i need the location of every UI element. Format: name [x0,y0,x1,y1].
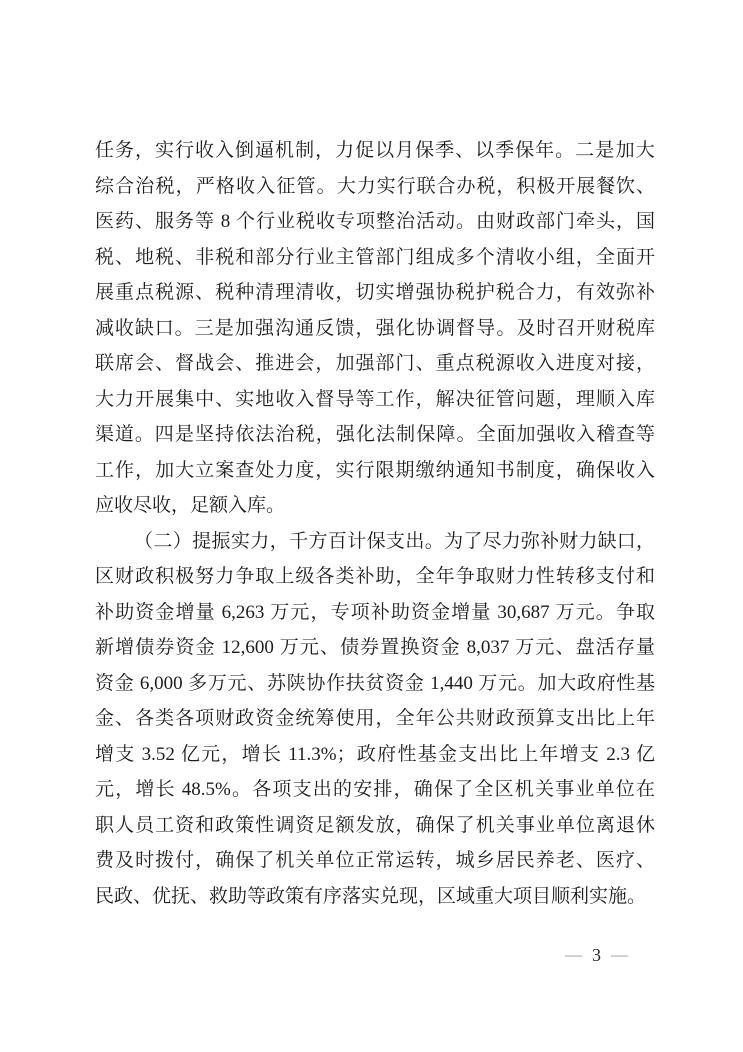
text-line: 金、各类各项财政资金统筹使用，全年公共财政预算支出比上年 [95,701,655,737]
text-line: 民政、优抚、救助等政策有序落实兑现，区域重大项目顺利实施。 [95,879,655,915]
text-line: 区财政积极努力争取上级各类补助，全年争取财力性转移支付和 [95,559,655,595]
text-line: 大力开展集中、实地收入督导等工作，解决征管问题，理顺入库 [95,382,655,418]
text-line: 联席会、督战会、推进会，加强部门、重点税源收入进度对接， [95,346,655,382]
document-page: 任务，实行收入倒逼机制，力促以月保季、以季保年。二是加大 综合治税，严格收入征管… [0,0,743,1052]
text-line: 医药、服务等 8 个行业税收专项整治活动。由财政部门牵头，国 [95,204,655,240]
text-line: 元，增长 48.5%。各项支出的安排，确保了全区机关事业单位在 [95,772,655,808]
text-segment-emphasis: 四是坚持依法治税，强化法制保障。 [155,424,477,445]
text-segment: 元，增长 48.5%。各项支出的安排，确保了全区机关事业单位在 [95,779,655,800]
text-segment: 医药、服务等 8 个行业税收专项整治活动。由财政部门牵头，国 [95,211,655,232]
text-segment: 金、各类各项财政资金统筹使用，全年公共财政预算支出比上年 [95,708,655,729]
text-segment: 新增债券资金 12,600 万元、债券置换资金 8,037 万元、盘活存量 [95,637,655,658]
text-line: 补助资金增量 6,263 万元，专项补助资金增量 30,687 万元。争取 [95,595,655,631]
text-segment-emphasis: 综合治税，严格收入征管。 [95,176,337,197]
text-segment: 渠道。 [95,424,155,445]
page-number: —3— [565,944,628,966]
page-number-value: 3 [592,944,601,966]
text-line: 任务，实行收入倒逼机制，力促以月保季、以季保年。二是加大 [95,133,655,169]
text-segment: 减收缺口。 [95,318,195,339]
page-number-dash-right: — [611,944,628,966]
text-line: 资金 6,000 多万元、苏陕协作扶贫资金 1,440 万元。加大政府性基 [95,666,655,702]
text-segment: 展重点税源、税种清理清收，切实增强协税护税合力，有效弥补 [95,282,655,303]
text-line: 工作，加大立案查处力度，实行限期缴纳通知书制度，确保收入 [95,453,655,489]
text-segment-emphasis: 二是加大 [575,140,655,161]
page-number-dash-left: — [565,944,582,966]
text-segment: 民政、优抚、救助等政策有序落实兑现，区域重大项目顺利实施。 [95,886,646,907]
text-line: 展重点税源、税种清理清收，切实增强协税护税合力，有效弥补 [95,275,655,311]
text-line: 新增债券资金 12,600 万元、债券置换资金 8,037 万元、盘活存量 [95,630,655,666]
text-segment: 应收尽收，足额入库。 [95,495,285,516]
text-segment: 大力实行联合办税，积极开展餐饮、 [337,176,655,197]
text-line-section-heading: （二）提振实力，千方百计保支出。为了尽力弥补财力缺口， [95,524,655,560]
text-segment: 为了尽力弥补财力缺口， [444,531,655,552]
text-segment-emphasis: 三是加强沟通反馈，强化协调督导。 [195,318,517,339]
text-line: 增支 3.52 亿元，增长 11.3%；政府性基金支出比上年增支 2.3 亿 [95,737,655,773]
text-segment: 费及时拨付，确保了机关单位正常运转，城乡居民养老、医疗、 [95,850,655,871]
text-segment: 大力开展集中、实地收入督导等工作，解决征管问题，理顺入库 [95,389,655,410]
text-segment: 增支 3.52 亿元，增长 11.3%；政府性基金支出比上年增支 2.3 亿 [95,744,655,765]
text-segment: 税、地税、非税和部分行业主管部门组成多个清收小组，全面开 [95,247,655,268]
text-segment: 全面加强收入稽查等 [477,424,655,445]
text-line: 职人员工资和政策性调资足额发放，确保了机关事业单位离退休 [95,808,655,844]
text-segment: 补助资金增量 6,263 万元，专项补助资金增量 30,687 万元。争取 [95,602,655,623]
text-segment: 任务，实行收入倒逼机制，力促以月保季、以季保年。 [95,140,575,161]
text-line: 减收缺口。三是加强沟通反馈，强化协调督导。及时召开财税库 [95,311,655,347]
text-segment: 及时召开财税库 [516,318,655,339]
text-line: 综合治税，严格收入征管。大力实行联合办税，积极开展餐饮、 [95,169,655,205]
text-segment: 联席会、督战会、推进会，加强部门、重点税源收入进度对接， [95,353,655,374]
text-line: 应收尽收，足额入库。 [95,488,655,524]
text-line: 费及时拨付，确保了机关单位正常运转，城乡居民养老、医疗、 [95,843,655,879]
text-line: 渠道。四是坚持依法治税，强化法制保障。全面加强收入稽查等 [95,417,655,453]
text-segment: 职人员工资和政策性调资足额发放，确保了机关事业单位离退休 [95,815,655,836]
text-segment: 区财政积极努力争取上级各类补助，全年争取财力性转移支付和 [95,566,655,587]
document-body: 任务，实行收入倒逼机制，力促以月保季、以季保年。二是加大 综合治税，严格收入征管… [95,133,655,914]
text-segment: 资金 6,000 多万元、苏陕协作扶贫资金 1,440 万元。加大政府性基 [95,673,655,694]
text-segment: 工作，加大立案查处力度，实行限期缴纳通知书制度，确保收入 [95,460,655,481]
text-segment-emphasis: （二）提振实力，千方百计保支出。 [134,531,444,552]
text-line: 税、地税、非税和部分行业主管部门组成多个清收小组，全面开 [95,240,655,276]
